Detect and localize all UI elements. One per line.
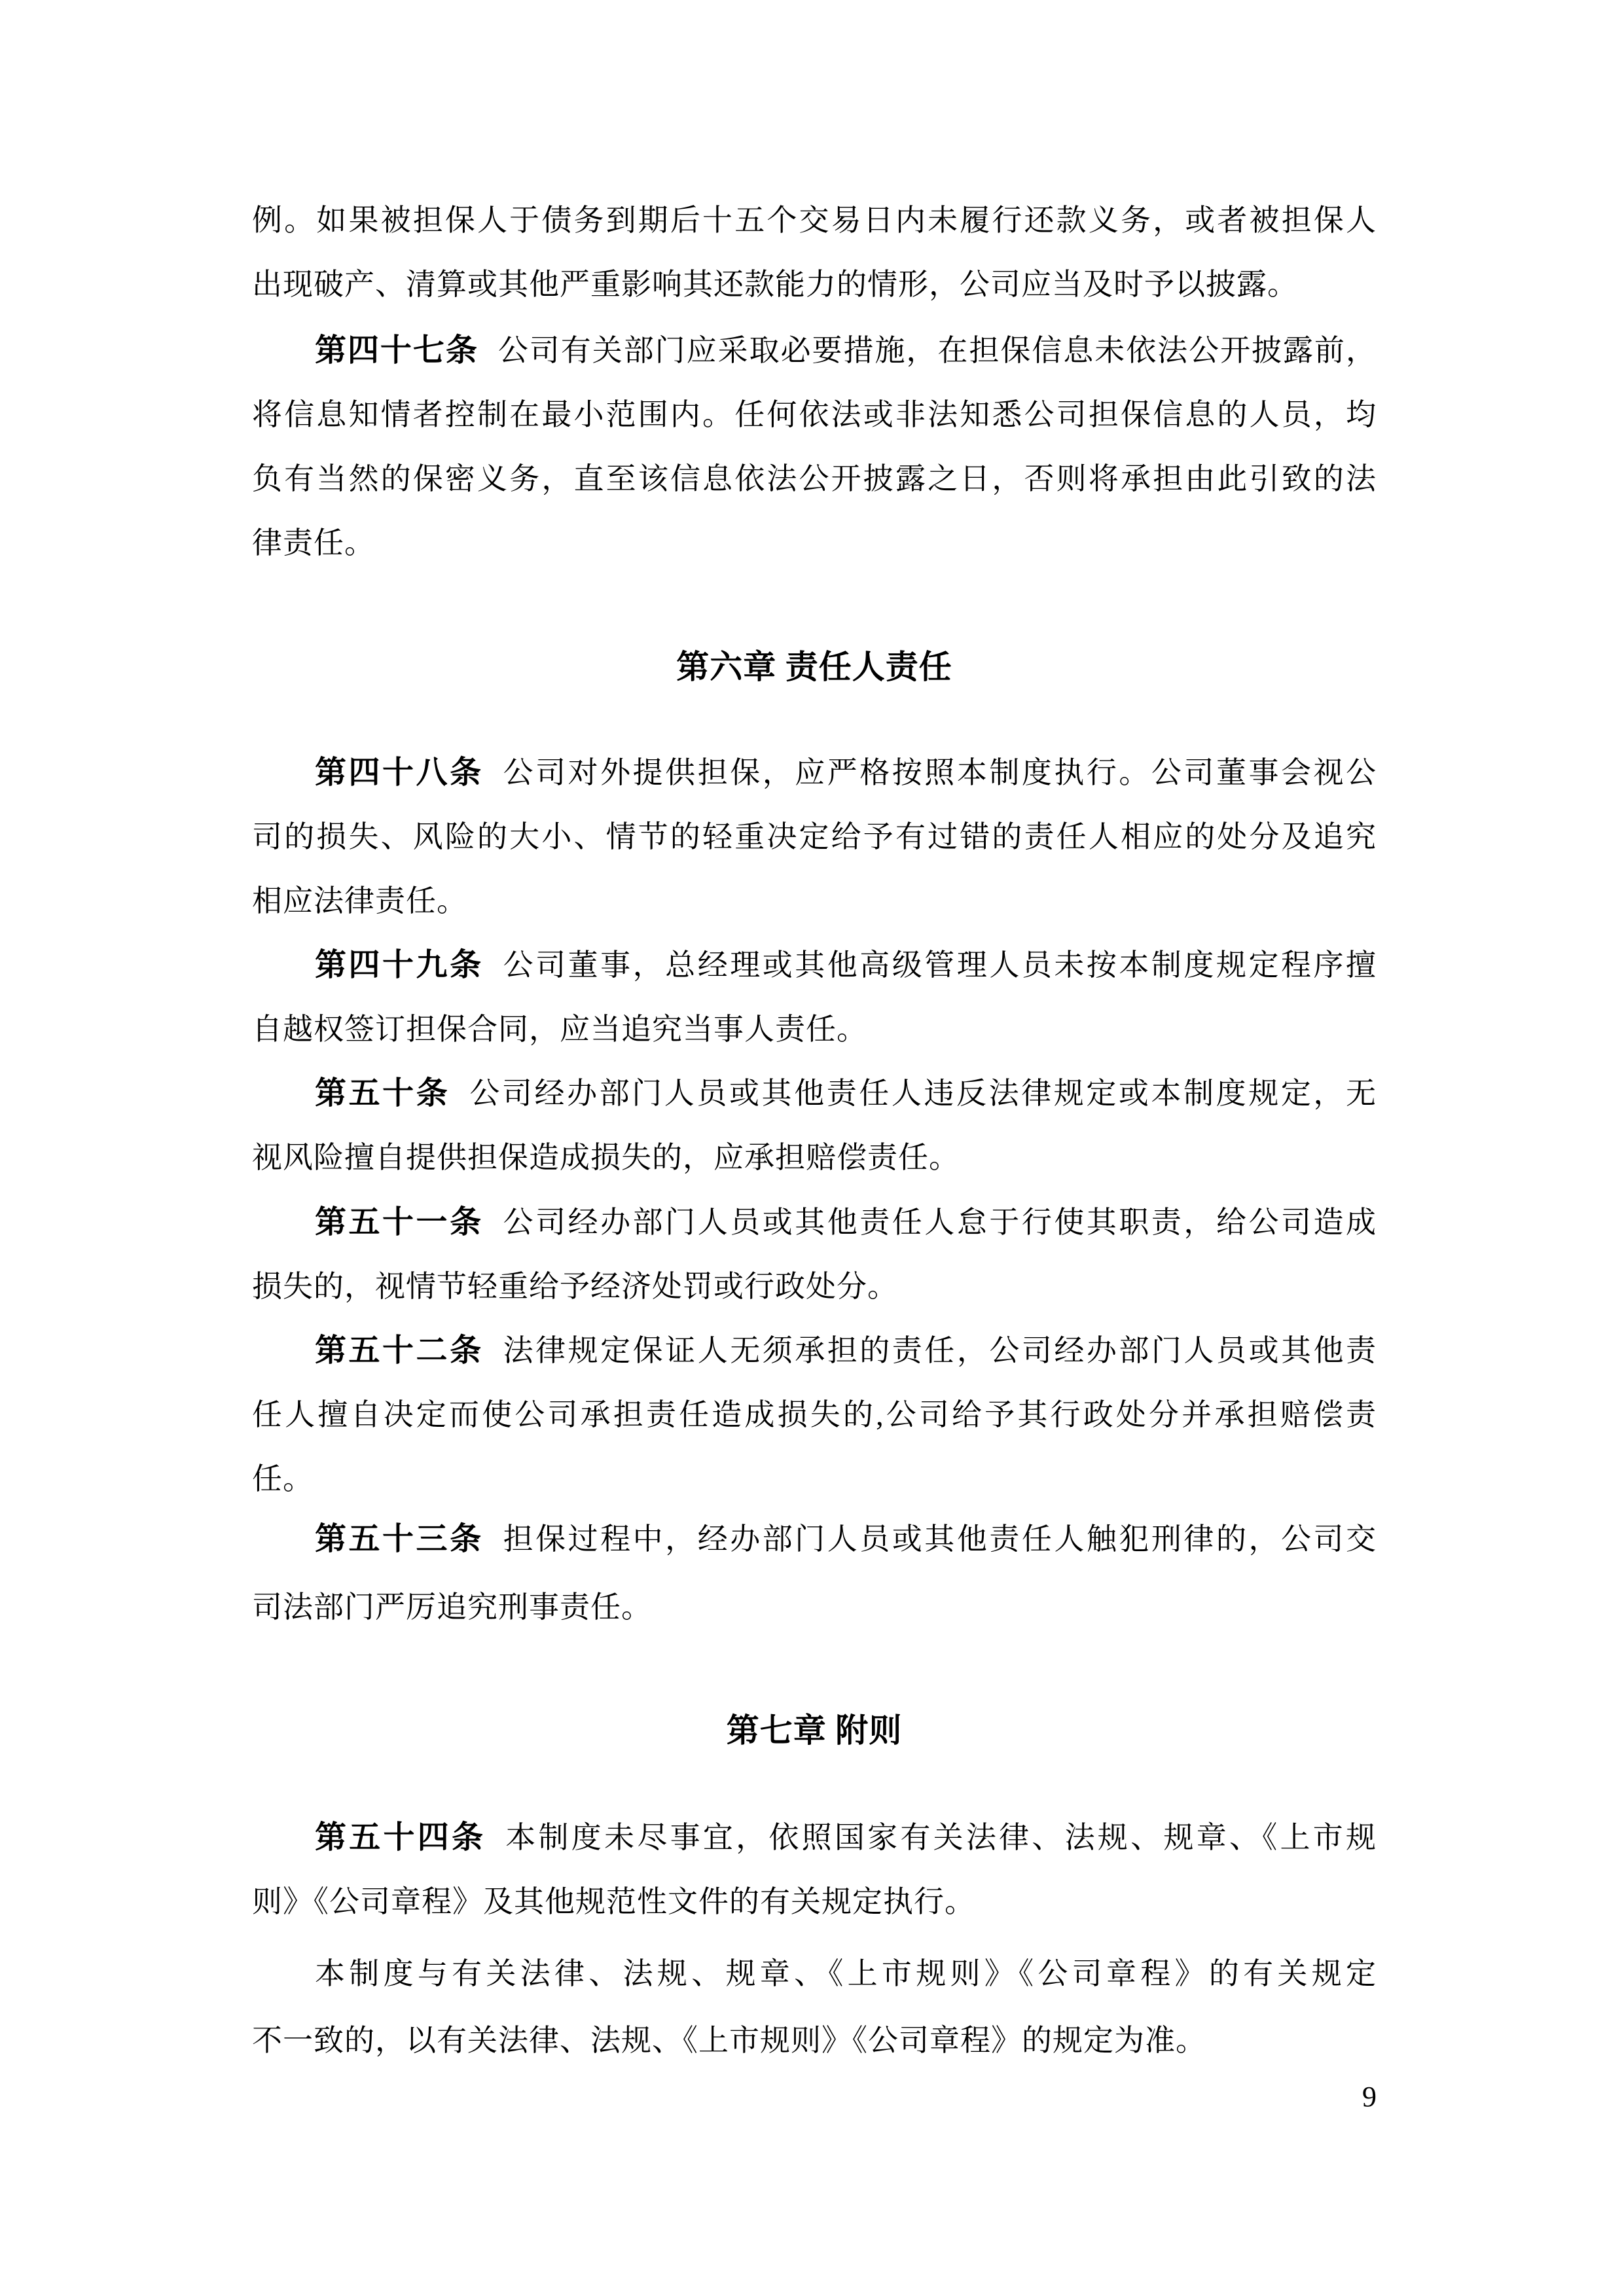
paragraph-line: 出现破产、清算或其他严重影响其还款能力的情形，公司应当及时予以披露。 [252, 264, 1377, 305]
paragraph-line: 负有当然的保密义务，直至该信息依法公开披露之日，否则将承担由此引致的法 [252, 459, 1377, 499]
article-48-text: 公司对外提供担保，应严格按照本制度执行。公司董事会视公 [503, 756, 1377, 789]
paragraph-line: 损失的，视情节轻重给予经济处罚或行政处分。 [252, 1266, 1377, 1307]
article-53-number: 第五十三条 [315, 1522, 484, 1556]
article-51-number: 第五十一条 [315, 1205, 484, 1240]
paragraph-line: 自越权签订担保合同，应当追究当事人责任。 [252, 1009, 1377, 1050]
article-53-first-line: 第五十三条担保过程中，经办部门人员或其他责任人触犯刑律的，公司交 [252, 1519, 1377, 1560]
chapter-6-heading: 第六章 责任人责任 [252, 647, 1377, 687]
article-52-first-line: 第五十二条法律规定保证人无须承担的责任，公司经办部门人员或其他责 [252, 1331, 1377, 1371]
paragraph-line: 例。如果被担保人于债务到期后十五个交易日内未履行还款义务，或者被担保人 [252, 200, 1377, 241]
article-50-text: 公司经办部门人员或其他责任人违反法律规定或本制度规定，无 [469, 1077, 1377, 1110]
paragraph-line: 司法部门严厉追究刑事责任。 [252, 1587, 1377, 1628]
article-49-text: 公司董事，总经理或其他高级管理人员未按本制度规定程序擅 [503, 948, 1377, 982]
article-47-text: 公司有关部门应采取必要措施，在担保信息未依法公开披露前， [498, 334, 1377, 367]
paragraph-line: 律责任。 [252, 523, 1377, 564]
article-52-text: 法律规定保证人无须承担的责任，公司经办部门人员或其他责 [503, 1334, 1377, 1367]
paragraph-line: 司的损失、风险的大小、情节的轻重决定给予有过错的责任人相应的处分及追究 [252, 817, 1377, 857]
article-51-first-line: 第五十一条公司经办部门人员或其他责任人怠于行使其职责，给公司造成 [252, 1202, 1377, 1243]
document-page: 例。如果被担保人于债务到期后十五个交易日内未履行还款义务，或者被担保人 出现破产… [0, 0, 1624, 2296]
paragraph-line: 相应法律责任。 [252, 881, 1377, 922]
article-52-number: 第五十二条 [315, 1333, 484, 1368]
article-49-first-line: 第四十九条公司董事，总经理或其他高级管理人员未按本制度规定程序擅 [252, 945, 1377, 986]
final-paragraph-first-line: 本制度与有关法律、法规、规章、《上市规则》《公司章程》的有关规定 [252, 1954, 1377, 1994]
paragraph-line: 不一致的，以有关法律、法规、《上市规则》《公司章程》的规定为准。 [252, 2020, 1377, 2061]
paragraph-line: 将信息知情者控制在最小范围内。任何依法或非法知悉公司担保信息的人员，均 [252, 395, 1377, 435]
paragraph-line: 任。 [252, 1459, 1377, 1499]
paragraph-line: 则》《公司章程》及其他规范性文件的有关规定执行。 [252, 1882, 1377, 1922]
chapter-7-heading: 第七章 附则 [252, 1710, 1377, 1751]
article-49-number: 第四十九条 [315, 948, 484, 982]
article-48-first-line: 第四十八条公司对外提供担保，应严格按照本制度执行。公司董事会视公 [252, 753, 1377, 793]
article-50-first-line: 第五十条公司经办部门人员或其他责任人违反法律规定或本制度规定，无 [252, 1073, 1377, 1114]
final-paragraph-text: 本制度与有关法律、法规、规章、《上市规则》《公司章程》的有关规定 [315, 1957, 1377, 1990]
article-54-text: 本制度未尽事宜，依照国家有关法律、法规、规章、《上市规 [505, 1821, 1377, 1854]
article-50-number: 第五十条 [315, 1076, 450, 1111]
article-54-first-line: 第五十四条本制度未尽事宜，依照国家有关法律、法规、规章、《上市规 [252, 1818, 1377, 1858]
page-number: 9 [252, 2080, 1377, 2114]
paragraph-line: 任人擅自决定而使公司承担责任造成损失的,公司给予其行政处分并承担赔偿责 [252, 1395, 1377, 1435]
article-48-number: 第四十八条 [315, 755, 484, 790]
article-47-number: 第四十七条 [315, 333, 478, 368]
article-53-text: 担保过程中，经办部门人员或其他责任人触犯刑律的，公司交 [503, 1522, 1377, 1556]
article-51-text: 公司经办部门人员或其他责任人怠于行使其职责，给公司造成 [503, 1206, 1377, 1239]
article-47-first-line: 第四十七条公司有关部门应采取必要措施，在担保信息未依法公开披露前， [252, 331, 1377, 371]
article-54-number: 第五十四条 [315, 1820, 486, 1855]
paragraph-line: 视风险擅自提供担保造成损失的，应承担赔偿责任。 [252, 1138, 1377, 1178]
